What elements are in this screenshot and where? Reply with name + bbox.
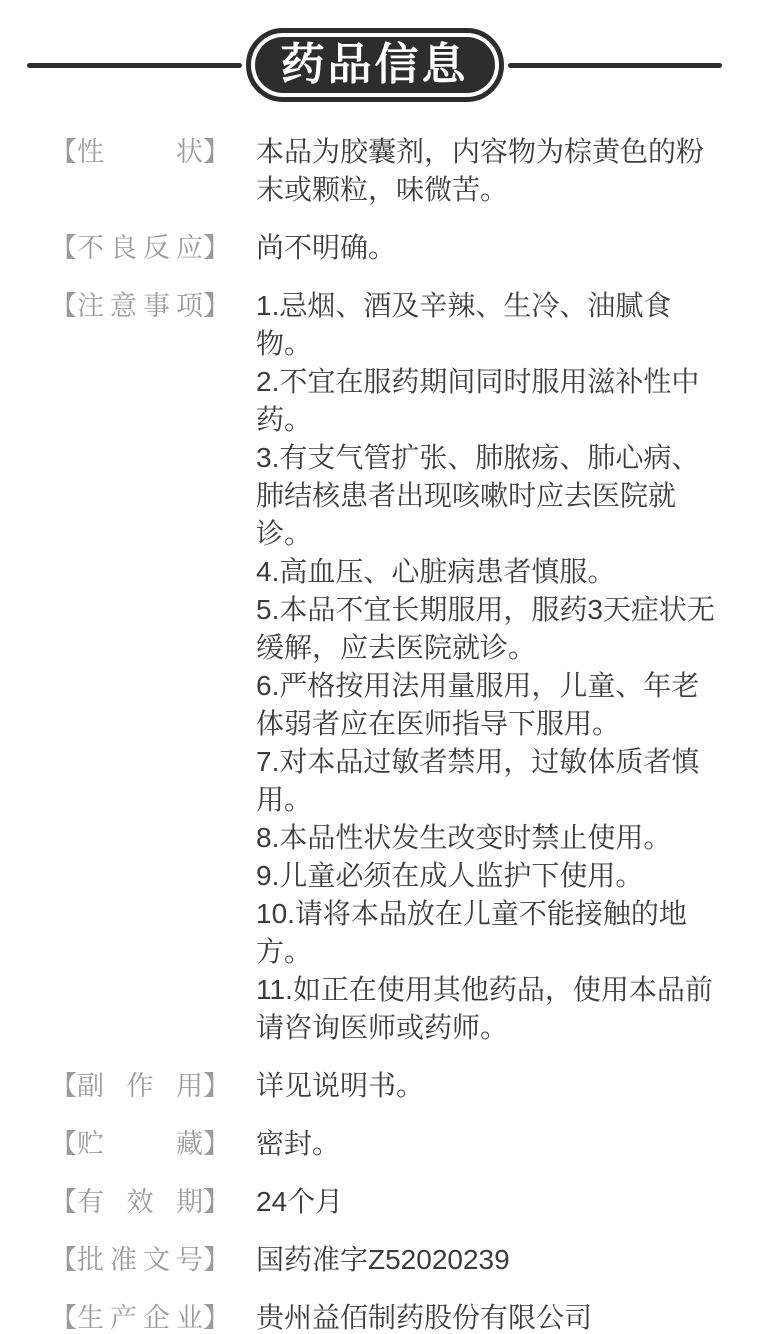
bracket-open-glyph: 【	[50, 1183, 77, 1221]
field-label: 【 性状 】	[50, 133, 230, 171]
bracket-open-glyph: 【	[50, 229, 77, 267]
label-char: 期	[176, 1183, 203, 1221]
label-char: 意	[110, 287, 137, 325]
bracket-open-glyph: 【	[50, 1125, 77, 1163]
field-value: 国药准字Z52020239	[256, 1241, 720, 1279]
bracket-open-glyph: 【	[50, 1299, 77, 1334]
label-char: 应	[176, 229, 203, 267]
label-char: 状	[176, 133, 203, 171]
bracket-open-glyph: 【	[50, 1241, 77, 1279]
header-rule-right	[508, 63, 723, 68]
field-label: 【 注意事项 】	[50, 287, 230, 325]
label-char: 不	[77, 229, 104, 267]
bracket-open-glyph: 【	[50, 287, 77, 325]
section-header: 药品信息	[0, 28, 760, 102]
label-char: 用	[176, 1067, 203, 1105]
label-char: 性	[77, 133, 104, 171]
info-row: 【 不良反应 】 尚不明确。	[50, 229, 720, 267]
title-badge: 药品信息	[246, 28, 504, 102]
label-char: 产	[110, 1299, 137, 1334]
field-value: 本品为胶囊剂，内容物为棕黄色的粉 末或颗粒，味微苦。	[256, 133, 720, 209]
field-value: 详见说明书。	[256, 1067, 720, 1105]
field-label: 【 有效期 】	[50, 1183, 230, 1221]
field-label-text: 生产企业	[77, 1299, 203, 1334]
label-char: 批	[77, 1241, 104, 1279]
label-char: 贮	[77, 1125, 104, 1163]
bracket-close-glyph: 】	[203, 1241, 230, 1279]
field-label-text: 注意事项	[77, 287, 203, 325]
label-char: 效	[127, 1183, 154, 1221]
label-char: 副	[77, 1067, 104, 1105]
info-sections: 【 性状 】 本品为胶囊剂，内容物为棕黄色的粉 末或颗粒，味微苦。 【 不良反应…	[0, 133, 760, 1334]
field-label-text: 性状	[77, 133, 203, 171]
label-char: 良	[110, 229, 137, 267]
label-char: 藏	[176, 1125, 203, 1163]
bracket-close-glyph: 】	[203, 1183, 230, 1221]
field-value: 密封。	[256, 1125, 720, 1163]
label-char: 生	[77, 1299, 104, 1334]
label-char: 项	[176, 287, 203, 325]
field-value: 1.忌烟、酒及辛辣、生冷、油腻食 物。 2.不宜在服药期间同时服用滋补性中 药。…	[256, 287, 720, 1047]
label-char: 文	[143, 1241, 170, 1279]
bracket-close-glyph: 】	[203, 1067, 230, 1105]
field-value: 贵州益佰制药股份有限公司	[256, 1299, 720, 1334]
bracket-close-glyph: 】	[203, 229, 230, 267]
field-label-text: 有效期	[77, 1183, 203, 1221]
label-char: 注	[77, 287, 104, 325]
info-row: 【 性状 】 本品为胶囊剂，内容物为棕黄色的粉 末或颗粒，味微苦。	[50, 133, 720, 209]
label-char: 反	[143, 229, 170, 267]
header-rule-left	[27, 63, 242, 68]
bracket-close-glyph: 】	[203, 287, 230, 325]
info-row: 【 批准文号 】 国药准字Z52020239	[50, 1241, 720, 1279]
info-row: 【 有效期 】 24个月	[50, 1183, 720, 1221]
label-char: 作	[127, 1067, 154, 1105]
field-label-text: 不良反应	[77, 229, 203, 267]
label-char: 号	[176, 1241, 203, 1279]
label-char: 准	[110, 1241, 137, 1279]
field-label: 【 生产企业 】	[50, 1299, 230, 1334]
bracket-open-glyph: 【	[50, 1067, 77, 1105]
bracket-open-glyph: 【	[50, 133, 77, 171]
page-title: 药品信息	[255, 37, 495, 93]
bracket-close-glyph: 】	[203, 133, 230, 171]
field-label-text: 贮藏	[77, 1125, 203, 1163]
label-char: 业	[176, 1299, 203, 1334]
bracket-close-glyph: 】	[203, 1125, 230, 1163]
label-char: 企	[143, 1299, 170, 1334]
field-label: 【 不良反应 】	[50, 229, 230, 267]
label-char: 有	[77, 1183, 104, 1221]
bracket-close-glyph: 】	[203, 1299, 230, 1334]
field-value: 24个月	[256, 1183, 720, 1221]
field-label-text: 副作用	[77, 1067, 203, 1105]
field-label: 【 贮藏 】	[50, 1125, 230, 1163]
field-value: 尚不明确。	[256, 229, 720, 267]
field-label: 【 副作用 】	[50, 1067, 230, 1105]
field-label: 【 批准文号 】	[50, 1241, 230, 1279]
label-char: 事	[143, 287, 170, 325]
info-row: 【 副作用 】 详见说明书。	[50, 1067, 720, 1105]
field-label-text: 批准文号	[77, 1241, 203, 1279]
info-row: 【 注意事项 】 1.忌烟、酒及辛辣、生冷、油腻食 物。 2.不宜在服药期间同时…	[50, 287, 720, 1047]
info-row: 【 生产企业 】 贵州益佰制药股份有限公司	[50, 1299, 720, 1334]
info-row: 【 贮藏 】 密封。	[50, 1125, 720, 1163]
drug-info-page: 药品信息 【 性状 】 本品为胶囊剂，内容物为棕黄色的粉 末或颗粒，味微苦。 【…	[0, 28, 760, 1334]
